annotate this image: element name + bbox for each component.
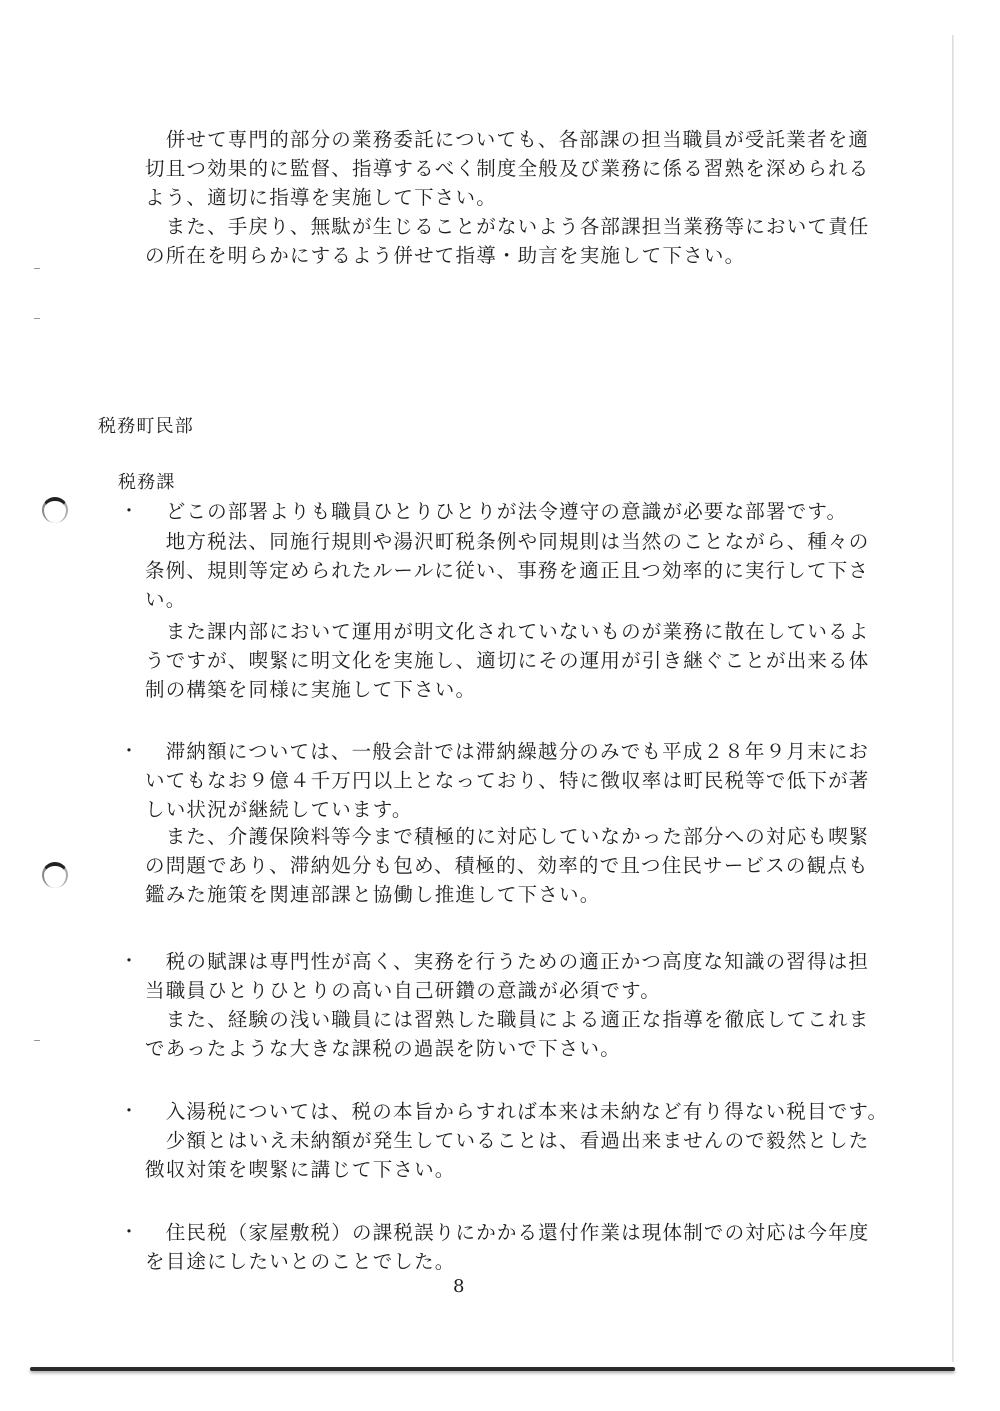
text-line: また、手戻り、無駄が生じることがないよう各部課担当業務等において責任 [145,212,870,241]
page-right-edge [952,35,954,1362]
text-line: また課内部において運用が明文化されていないものが業務に散在しているよ [145,617,870,646]
scan-mark [34,1040,40,1041]
text-line: の問題であり、滞納処分も包め、積極的、効率的で且つ住民サービスの観点も [145,851,869,880]
text-line: 徴収対策を喫緊に講じて下さい。 [145,1155,456,1184]
text-line: 当職員ひとりひとりの高い自己研鑽の意識が必須です。 [145,976,661,1005]
text-line: 制の構築を同様に実施して下さい。 [145,675,476,704]
text-line: 地方税法、同施行規則や湯沢町税条例や同規則は当然のことながら、種々の [145,527,870,556]
bullet-icon: ・ [120,947,138,973]
scan-mark [34,318,40,319]
bullet-icon: ・ [120,1218,138,1244]
text-line: 切且つ効果的に監督、指導するべく制度全般及び業務に係る習熟を深められる [145,154,870,183]
text-line: 住民税（家屋敷税）の課税誤りにかかる還付作業は現体制での対応は今年度 [145,1218,870,1247]
text-line: であったような大きな課税の過誤を防いで下さい。 [145,1034,621,1063]
text-line: また、経験の浅い職員には習熟した職員による適正な指導を徹底してこれま [145,1005,870,1034]
text-line: 鑑みた施策を関連部課と協働し推進して下さい。 [145,880,600,909]
text-line: 少額とはいえ未納額が発生していることは、看過出来ませんので毅然とした [145,1126,870,1155]
bullet-icon: ・ [120,497,138,523]
punch-hole-icon [42,497,68,523]
text-line: 入湯税については、税の本旨からすれば本来は未納など有り得ない税目です。 [145,1097,888,1126]
text-line: いてもなお９億４千万円以上となっており、特に徴収率は町民税等で低下が著 [145,766,870,795]
text-line: 滞納額については、一般会計では滞納繰越分のみでも平成２８年９月末にお [145,737,869,766]
text-line: 併せて専門的部分の業務委託についても、各部課の担当職員が受託業者を適 [145,125,869,154]
text-line: しい状況が継続しています。 [145,795,413,824]
section-title: 税務町民部 [98,412,194,441]
scan-mark [34,268,40,269]
text-line: また、介護保険料等今まで積極的に対応していなかった部分への対応も喫緊 [145,822,870,851]
subsection-title: 税務課 [118,468,176,497]
text-line: 条例、規則等定められたルールに従い、事務を適正且つ効率的に実行して下さ [145,556,869,585]
text-line: 税の賦課は専門性が高く、実務を行うための適正かつ高度な知識の習得は担 [145,947,869,976]
text-line: どこの部署よりも職員ひとりひとりが法令遵守の意識が必要な部署です。 [145,497,847,526]
bullet-icon: ・ [120,1097,138,1123]
text-line: うですが、喫緊に明文化を実施し、適切にその運用が引き継ぐことが出来る体 [145,646,870,675]
text-line: を目途にしたいとのことでした。 [145,1247,456,1276]
punch-hole-icon [42,862,68,888]
text-line: よう、適切に指導を実施して下さい。 [145,183,497,212]
scanned-page: 併せて専門的部分の業務委託についても、各部課の担当職員が受託業者を適 切且つ効果… [0,0,1000,1411]
bullet-icon: ・ [120,737,138,763]
page-number: 8 [453,1276,464,1297]
text-line: い。 [145,585,186,614]
text-line: の所在を明らかにするよう併せて指導・助言を実施して下さい。 [145,241,745,270]
page-bottom-edge-shadow [30,1367,955,1371]
